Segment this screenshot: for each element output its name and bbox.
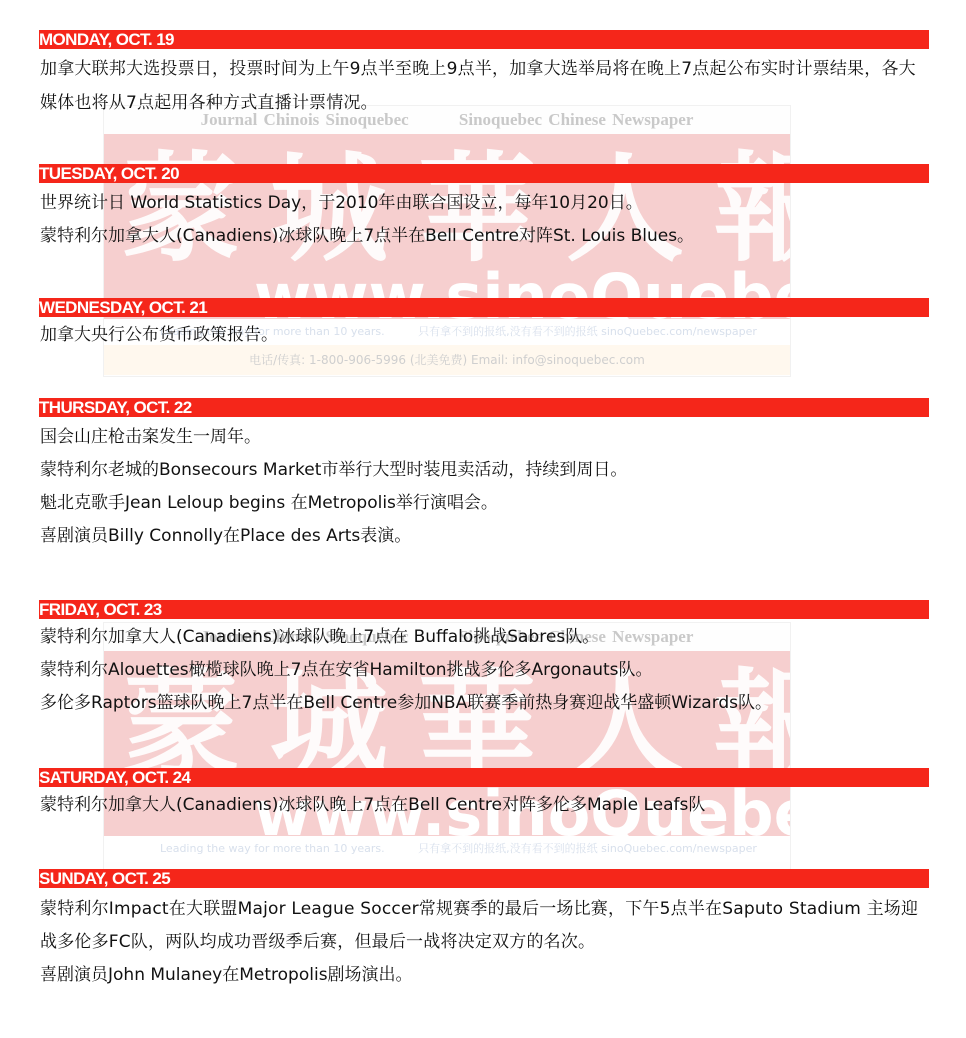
event-item: 喜剧演员Billy Connolly在Place des Arts表演。 bbox=[39, 520, 929, 553]
event-list: 加拿大联邦大选投票日，投票时间为上午9点半至晚上9点半，加拿大选举局将在晚上7点… bbox=[39, 52, 929, 120]
event-item: 加拿大联邦大选投票日，投票时间为上午9点半至晚上9点半，加拿大选举局将在晚上7点… bbox=[39, 52, 920, 120]
event-item: 魁北克歌手Jean Leloup begins 在Metropolis举行演唱会… bbox=[39, 487, 929, 520]
event-item: 多伦多Raptors篮球队晚上7点半在Bell Centre参加NBA联赛季前热… bbox=[39, 687, 929, 720]
day-header: SATURDAY, OCT. 24 bbox=[39, 768, 929, 787]
event-item: 蒙特利尔Impact在大联盟Major League Soccer常规赛季的最后… bbox=[39, 893, 920, 959]
event-item: 喜剧演员John Mulaney在Metropolis剧场演出。 bbox=[39, 959, 929, 992]
event-list: 加拿大央行公布货币政策报告。 bbox=[39, 319, 929, 352]
day-header: FRIDAY, OCT. 23 bbox=[39, 600, 929, 619]
event-item: 蒙特利尔老城的Bonsecours Market市举行大型时装甩卖活动，持续到周… bbox=[39, 454, 929, 487]
event-item: 蒙特利尔加拿大人(Canadiens)冰球队晚上7点在Bell Centre对阵… bbox=[39, 789, 929, 822]
event-item: 国会山庄枪击案发生一周年。 bbox=[39, 421, 929, 454]
day-header: TUESDAY, OCT. 20 bbox=[39, 164, 929, 183]
event-list: 蒙特利尔加拿大人(Canadiens)冰球队晚上7点在 Buffalo挑战Sab… bbox=[39, 621, 929, 720]
event-item: 蒙特利尔加拿大人(Canadiens)冰球队晚上7点在 Buffalo挑战Sab… bbox=[39, 621, 929, 654]
day-section-sunday: SUNDAY, OCT. 25 蒙特利尔Impact在大联盟Major Leag… bbox=[39, 869, 929, 992]
day-section-thursday: THURSDAY, OCT. 22 国会山庄枪击案发生一周年。 蒙特利尔老城的B… bbox=[39, 398, 929, 553]
watermark-tagline: Leading the way for more than 10 years. … bbox=[104, 836, 790, 862]
event-list: 国会山庄枪击案发生一周年。 蒙特利尔老城的Bonsecours Market市举… bbox=[39, 421, 929, 553]
event-list: 世界统计日 World Statistics Day，于2010年由联合国设立，… bbox=[39, 187, 929, 253]
day-header: SUNDAY, OCT. 25 bbox=[39, 869, 929, 888]
event-list: 蒙特利尔Impact在大联盟Major League Soccer常规赛季的最后… bbox=[39, 893, 929, 992]
day-section-monday: MONDAY, OCT. 19 加拿大联邦大选投票日，投票时间为上午9点半至晚上… bbox=[39, 30, 929, 120]
day-header: THURSDAY, OCT. 22 bbox=[39, 398, 929, 417]
event-item: 蒙特利尔加拿大人(Canadiens)冰球队晚上7点半在Bell Centre对… bbox=[39, 220, 929, 253]
event-item: 世界统计日 World Statistics Day，于2010年由联合国设立，… bbox=[39, 187, 929, 220]
watermark-tagline-cn: 只有拿不到的报纸,没有看不到的报纸 sinoQuebec.com/newspap… bbox=[418, 842, 757, 855]
event-item: 加拿大央行公布货币政策报告。 bbox=[39, 319, 929, 352]
event-list: 蒙特利尔加拿大人(Canadiens)冰球队晚上7点在Bell Centre对阵… bbox=[39, 789, 929, 822]
day-section-friday: FRIDAY, OCT. 23 蒙特利尔加拿大人(Canadiens)冰球队晚上… bbox=[39, 600, 929, 720]
day-header: WEDNESDAY, OCT. 21 bbox=[39, 298, 929, 317]
day-section-wednesday: WEDNESDAY, OCT. 21 加拿大央行公布货币政策报告。 bbox=[39, 298, 929, 352]
day-header: MONDAY, OCT. 19 bbox=[39, 30, 929, 49]
watermark-tagline-en: Leading the way for more than 10 years. bbox=[160, 842, 385, 855]
day-section-tuesday: TUESDAY, OCT. 20 世界统计日 World Statistics … bbox=[39, 164, 929, 253]
event-item: 蒙特利尔Alouettes橄榄球队晚上7点在安省Hamilton挑战多伦多Arg… bbox=[39, 654, 929, 687]
day-section-saturday: SATURDAY, OCT. 24 蒙特利尔加拿大人(Canadiens)冰球队… bbox=[39, 768, 929, 822]
